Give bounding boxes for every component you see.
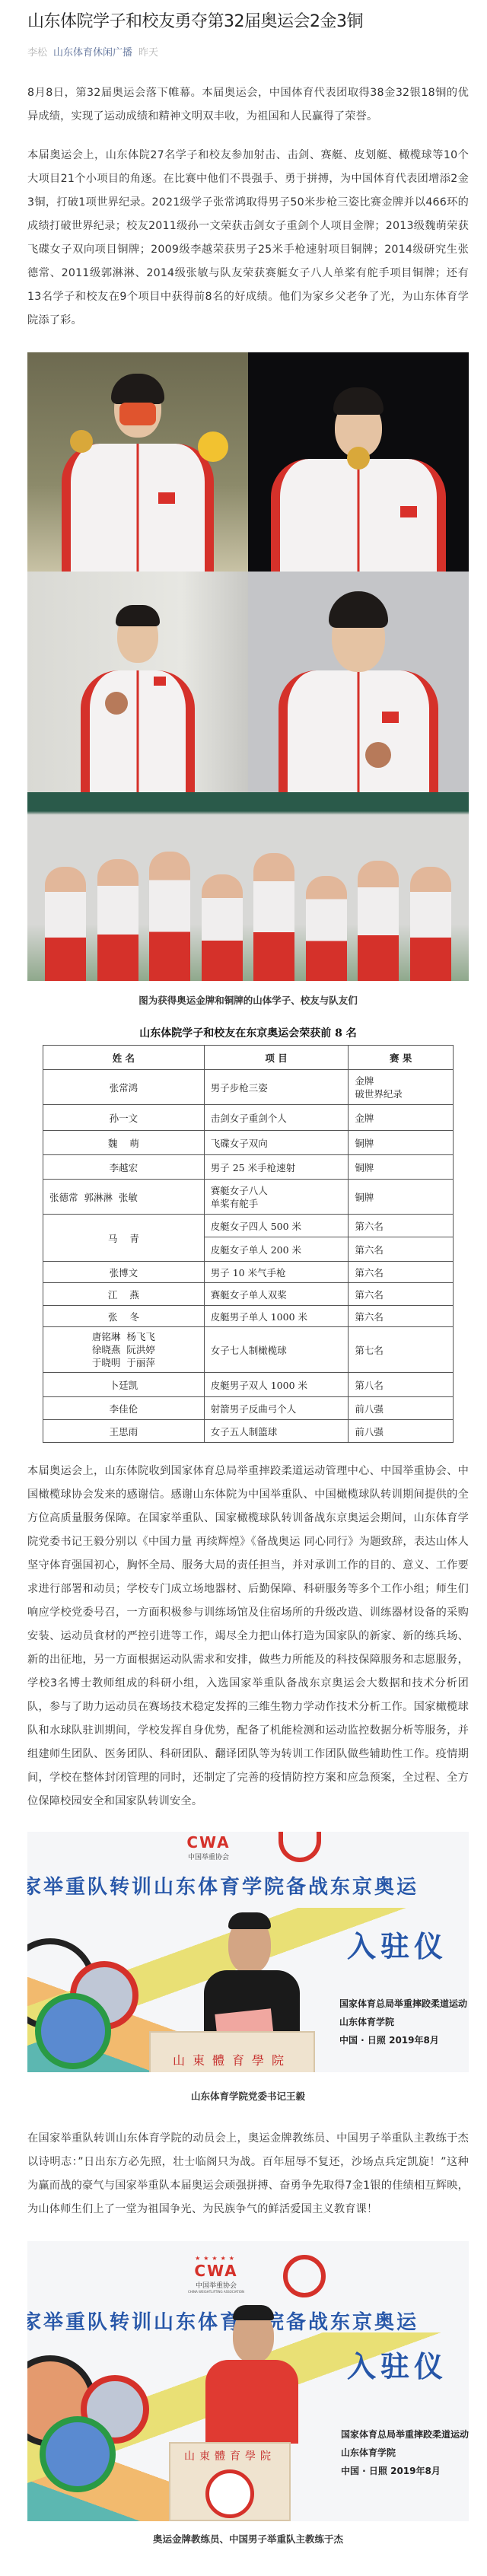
cell-event: 赛艇女子单人双桨 (204, 1283, 349, 1306)
photo-rowing-team (27, 792, 469, 981)
column-header-name: 姓 名 (43, 1046, 205, 1070)
cell-event: 男子步枪三姿 (204, 1070, 349, 1105)
author: 李松 (27, 44, 47, 59)
paragraph-intro: 8月8日，第32届奥运会落下帷幕。本届奥运会，中国体育代表团取得38金32银18… (27, 81, 469, 129)
cell-name: 孙一文 (43, 1105, 205, 1131)
cell-name: 张博文 (43, 1262, 205, 1283)
cell-event: 皮艇男子单人 1000 米 (204, 1306, 349, 1327)
results-table-header-row: 姓 名 项 目 赛 果 (43, 1046, 454, 1070)
photo-caption-medalists: 图为获得奥运金牌和铜牌的山体学子、校友与队友们 (27, 993, 469, 1007)
medalists-photo[interactable] (27, 352, 469, 986)
university-logo (283, 2255, 326, 2297)
photo-wangyi-speech[interactable]: CWA 中国举重协会 家举重队转训山东体育学院备战东京奥运 入驻仪 国家体育总局… (27, 1832, 469, 2072)
cell-name: 李佳伦 (43, 1397, 205, 1420)
table-row: 李佳伦 射箭男子反曲弓个人 前八强 (43, 1397, 454, 1420)
cell-result: 前八强 (349, 1397, 454, 1420)
column-header-result: 赛 果 (349, 1046, 454, 1070)
article-meta: 李松 山东体育休闲广播 昨天 (27, 44, 469, 59)
paragraph-yujie: 在国家举重队转训山东体育学院的动员会上，奥运金牌教练员、中国男子举重队主教练于杰… (27, 2127, 469, 2221)
cell-name: 张 冬 (43, 1306, 205, 1327)
photo-caption-wangyi: 山东体育学院党委书记王毅 (27, 2089, 469, 2103)
cell-result: 铜牌 (349, 1155, 454, 1180)
cell-event: 男子 10 米气手枪 (204, 1262, 349, 1283)
cell-result: 铜牌 (349, 1180, 454, 1215)
column-header-event: 项 目 (204, 1046, 349, 1070)
table-row: 张德常 郭淋淋 张敏 赛艇女子八人 单桨有舵手 铜牌 (43, 1180, 454, 1215)
cell-event: 女子七人制橄榄球 (204, 1327, 349, 1373)
banner-org-info: 国家体育总局举重摔跤柔道运动 山东体育学院 中国 · 日照 2019年8月 (339, 1995, 467, 2049)
cell-result: 前八强 (349, 1420, 454, 1443)
cell-event: 女子五人制篮球 (204, 1420, 349, 1443)
table-row: 孙一文 击剑女子重剑个人 金牌 (43, 1105, 454, 1131)
cwa-logo: CWA 中国举重协会 (169, 1833, 248, 1861)
banner-ceremony: 入驻仪 (347, 2343, 469, 2385)
cell-name: 唐铭琳 杨飞飞 徐晓燕 阮洪婷 于晓明 于丽萍 (43, 1327, 205, 1373)
publish-time: 昨天 (138, 44, 158, 59)
podium: 山東體育學院 (169, 2442, 291, 2521)
table-row: 唐铭琳 杨飞飞 徐晓燕 阮洪婷 于晓明 于丽萍 女子七人制橄榄球 第七名 (43, 1327, 454, 1373)
cell-result: 铜牌 (349, 1131, 454, 1155)
cwa-logo: ★★★★★ CWA 中国举重协会 CHINA WEIGHTLIFTING ASS… (177, 2255, 256, 2294)
cell-name: 魏 萌 (43, 1131, 205, 1155)
cell-name: 卜廷凯 (43, 1373, 205, 1397)
cell-result: 第六名 (349, 1215, 454, 1237)
paragraph-support: 本届奥运会上，山东体院收到国家体育总局举重摔跤柔道运动管理中心、中国举重协会、中… (27, 1460, 469, 1813)
cell-name: 张常鸿 (43, 1070, 205, 1105)
photo-bronze-medalist-1 (27, 572, 248, 792)
cell-result: 金牌 (349, 1105, 454, 1131)
podium: 山東體育學院 (149, 2031, 315, 2072)
cell-event: 皮艇女子四人 500 米 (204, 1215, 349, 1237)
article: 山东体院学子和校友勇夺第32届奥运会2金3铜 李松 山东体育休闲广播 昨天 8月… (0, 0, 487, 2576)
cell-result: 第七名 (349, 1327, 454, 1373)
table-row: 张常鸿 男子步枪三姿 金牌 破世界纪录 (43, 1070, 454, 1105)
table-row: 王思雨 女子五人制篮球 前八强 (43, 1420, 454, 1443)
cell-event: 射箭男子反曲弓个人 (204, 1397, 349, 1420)
table-row: 卜廷凯 皮艇男子双人 1000 米 第八名 (43, 1373, 454, 1397)
cell-result: 金牌 破世界纪录 (349, 1070, 454, 1105)
results-table: 姓 名 项 目 赛 果 张常鸿 男子步枪三姿 金牌 破世界纪录 孙一文 击剑女子… (43, 1045, 454, 1443)
cell-name: 张德常 郭淋淋 张敏 (43, 1180, 205, 1215)
cell-name: 李越宏 (43, 1155, 205, 1180)
cell-name: 王思雨 (43, 1420, 205, 1443)
cell-event: 皮艇女子单人 200 米 (204, 1237, 349, 1262)
speaker (202, 2308, 301, 2453)
paragraph-results: 本届奥运会上，山东体院27名学子和校友参加射击、击剑、赛艇、皮划艇、橄榄球等10… (27, 144, 469, 333)
cell-event: 男子 25 米手枪速射 (204, 1155, 349, 1180)
cell-result: 第六名 (349, 1283, 454, 1306)
photo-gold-medalist-2 (248, 352, 469, 573)
cell-result: 第八名 (349, 1373, 454, 1397)
table-row: 魏 萌 飞碟女子双向 铜牌 (43, 1131, 454, 1155)
table-row: 李越宏 男子 25 米手枪速射 铜牌 (43, 1155, 454, 1180)
photo-yujie-speech[interactable]: ★★★★★ CWA 中国举重协会 CHINA WEIGHTLIFTING ASS… (27, 2241, 469, 2521)
table-row: 张 冬 皮艇男子单人 1000 米 第六名 (43, 1306, 454, 1327)
photo-bronze-medalist-2 (248, 572, 469, 792)
table-row: 江 燕 赛艇女子单人双桨 第六名 (43, 1283, 454, 1306)
table-row: 马 青 皮艇女子四人 500 米 第六名 (43, 1215, 454, 1237)
photo-gold-medalist-1 (27, 352, 248, 573)
banner-org-info: 国家体育总局举重摔跤柔道运动 山东体育学院 中国 · 日照 2019年8月 (341, 2425, 469, 2480)
cell-event: 皮艇男子双人 1000 米 (204, 1373, 349, 1397)
photo-caption-yujie: 奥运金牌教练员、中国男子举重队主教练于杰 (27, 2532, 469, 2546)
cell-event: 赛艇女子八人 单桨有舵手 (204, 1180, 349, 1215)
cell-event: 飞碟女子双向 (204, 1131, 349, 1155)
cell-result: 第六名 (349, 1306, 454, 1327)
cell-name: 江 燕 (43, 1283, 205, 1306)
cell-event: 击剑女子重剑个人 (204, 1105, 349, 1131)
results-table-title: 山东体院学子和校友在东京奥运会荣获前 8 名 (27, 1025, 469, 1040)
banner-ceremony: 入驻仪 (347, 1923, 469, 1965)
cell-result: 第六名 (349, 1237, 454, 1262)
banner-headline: 家举重队转训山东体育学院备战东京奥运 (27, 1871, 469, 1899)
university-logo (279, 1832, 321, 1862)
table-row: 张博文 男子 10 米气手枪 第六名 (43, 1262, 454, 1283)
cell-name: 马 青 (43, 1215, 205, 1262)
account-name-link[interactable]: 山东体育休闲广播 (53, 44, 132, 59)
cell-result: 第六名 (349, 1262, 454, 1283)
article-title: 山东体院学子和校友勇夺第32届奥运会2金3铜 (27, 0, 469, 33)
